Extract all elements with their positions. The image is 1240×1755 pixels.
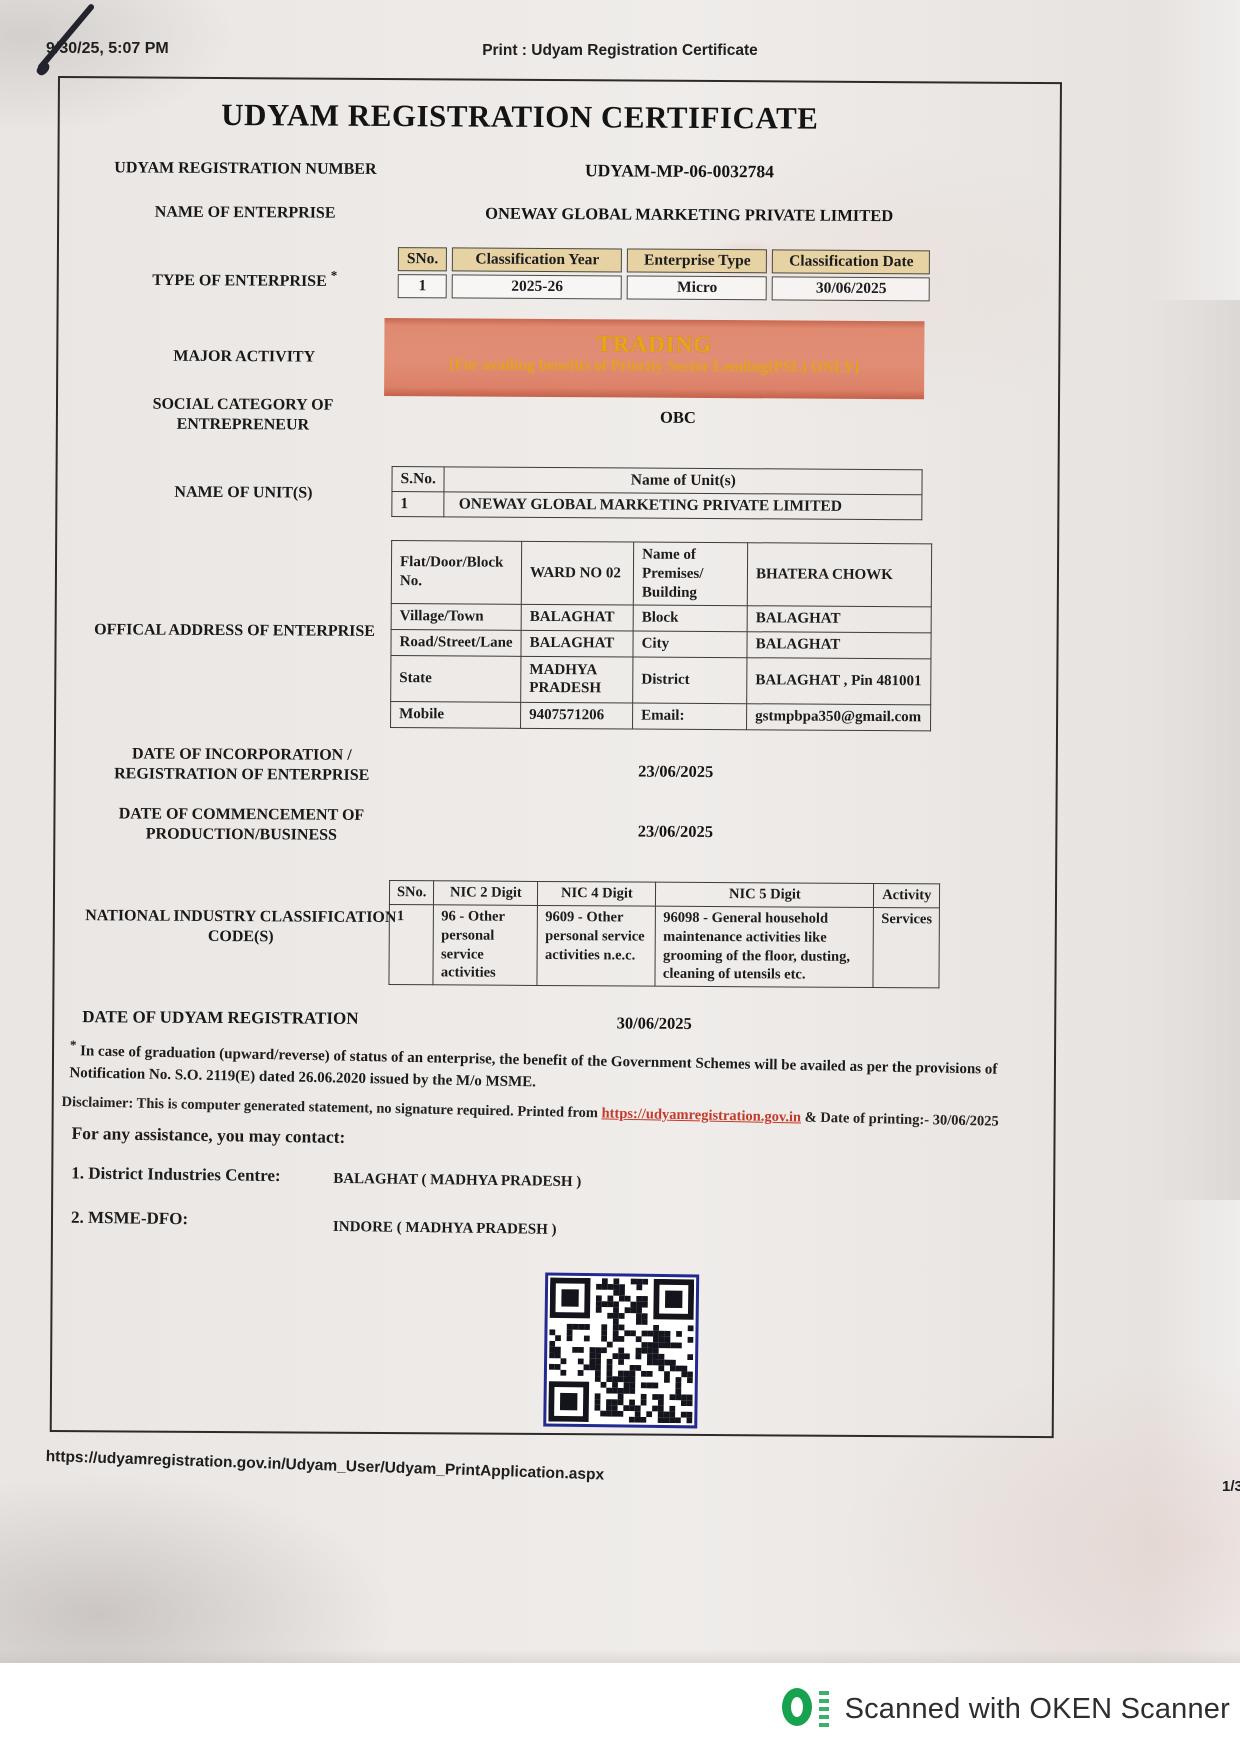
district-industries-centre-label: 1. District Industries Centre: [71,1163,281,1186]
header-cell: S.No. [392,467,444,492]
cell-value: BALAGHAT [747,632,931,659]
social-category-label: SOCIAL CATEGORY OF ENTREPRENEUR [98,394,388,436]
cell-sno: 1 [398,274,448,298]
table-row: Flat/Door/Block No. WARD NO 02 Name of P… [391,541,931,608]
type-of-enterprise-table: SNo. Classification Year Enterprise Type… [393,244,936,304]
registration-number-label: UDYAM REGISTRATION NUMBER [77,158,413,180]
cell-label: Name of Premises/ Building [633,542,747,606]
cell-value: BALAGHAT [521,605,633,631]
official-address-label: OFFICAL ADDRESS OF ENTERPRISE [65,620,405,642]
cell-nic5: 96098 - General household maintenance ac… [655,906,873,988]
header-cell: Activity [874,883,940,907]
msme-dfo-label: 2. MSME-DFO: [71,1208,188,1230]
cell-label: State [391,655,521,702]
table-header-row: S.No. Name of Unit(s) [392,467,922,495]
cell-value: BHATERA CHOWK [747,543,931,607]
cell-value: BALAGHAT [521,630,633,656]
header-cell: NIC 2 Digit [434,881,538,905]
table-row: Mobile 9407571206 Email: gstmpbpa350@gma… [391,701,931,730]
cell-value: BALAGHAT , Pin 481001 [747,657,931,704]
commencement-date-value: 23/06/2025 [405,820,945,843]
udyam-registration-date-label: DATE OF UDYAM REGISTRATION [82,1006,382,1029]
table-header-row: SNo. NIC 2 Digit NIC 4 Digit NIC 5 Digit… [389,881,939,908]
table-row: State MADHYA PRADESH District BALAGHAT ,… [391,655,931,704]
header-cell: Classification Date [772,249,930,274]
major-activity-note: [For availing benefits of Priority Secto… [384,356,924,377]
scanner-footer-bar: Scanned with OKEN Scanner [0,1663,1240,1755]
cell-nic2: 96 - Other personal service activities [433,905,537,986]
cell-label: Village/Town [391,604,521,631]
district-industries-centre-value: BALAGHAT ( MADHYA PRADESH ) [333,1171,581,1191]
type-of-enterprise-label: TYPE OF ENTERPRISE * [77,266,413,292]
cell-enterprise-type: Micro [627,275,767,300]
table-row: Village/Town BALAGHAT Block BALAGHAT [391,604,931,633]
cell-value: MADHYA PRADESH [521,656,633,703]
msme-dfo-value: INDORE ( MADHYA PRADESH ) [333,1219,557,1239]
table-row: Road/Street/Lane BALAGHAT City BALAGHAT [391,630,931,659]
certificate-title: UDYAM REGISTRATION CERTIFICATE [60,96,980,138]
scan-edge-shading [1150,300,1240,1200]
cell-sno: 1 [389,904,434,985]
cell-activity: Services [873,907,939,988]
cell-value: 9407571206 [521,702,633,728]
header-cell: NIC 5 Digit [656,882,874,907]
oken-dots-shape [819,1691,829,1727]
incorporation-date-value: 23/06/2025 [406,760,946,783]
asterisk-marker: * [70,1037,77,1052]
address-table: Flat/Door/Block No. WARD NO 02 Name of P… [390,540,932,731]
cell-value: BALAGHAT [747,606,931,633]
social-category-value: OBC [408,406,948,429]
graduation-footnote: * In case of graduation (upward/reverse)… [69,1036,1010,1103]
enterprise-name-label: NAME OF ENTERPRISE [77,202,413,224]
oken-scanner-badge: Scanned with OKEN Scanner [779,1683,1230,1735]
nic-codes-label: NATIONAL INDUSTRY CLASSIFICATION CODE(S) [73,906,409,948]
table-row: 1 2025-26 Micro 30/06/2025 [398,274,931,301]
qr-code [543,1272,699,1428]
oken-scanner-label: Scanned with OKEN Scanner [845,1693,1230,1726]
table-row: 1 96 - Other personal service activities… [389,904,940,988]
cell-label: Road/Street/Lane [391,630,521,657]
header-cell: Classification Year [452,247,622,272]
name-of-units-label: NAME OF UNIT(S) [75,482,411,504]
disclaimer-text: Disclaimer: This is computer generated s… [61,1094,601,1121]
registration-number-value: UDYAM-MP-06-0032784 [409,159,949,183]
units-table: S.No. Name of Unit(s) 1 ONEWAY GLOBAL MA… [391,466,923,520]
cell-label: Mobile [391,701,521,728]
commencement-date-label: DATE OF COMMENCEMENT OF PRODUCTION/BUSIN… [73,804,409,846]
print-title: Print : Udyam Registration Certificate [0,42,1240,60]
major-activity-value: TRADING [384,330,924,359]
oken-ring-shape [782,1688,812,1726]
asterisk-marker: * [331,268,338,283]
print-header: 9/30/25, 5:07 PM Print : Udyam Registrat… [0,40,1240,66]
cell-unit-name: ONEWAY GLOBAL MARKETING PRIVATE LIMITED [444,492,922,520]
cell-label: City [633,631,747,657]
header-cell: NIC 4 Digit [538,881,656,906]
type-of-enterprise-label-text: TYPE OF ENTERPRISE [152,272,327,290]
major-activity-banner: TRADING [For availing benefits of Priori… [384,318,924,399]
major-activity-label: MAJOR ACTIVITY [76,346,412,368]
header-cell: SNo. [398,247,448,271]
print-footer-url: https://udyamregistration.gov.in/Udyam_U… [45,1448,604,1485]
cell-classification-date: 30/06/2025 [772,276,930,301]
udyam-registration-date-value: 30/06/2025 [404,1012,904,1035]
enterprise-name-value: ONEWAY GLOBAL MARKETING PRIVATE LIMITED [409,203,969,226]
page-number: 1/3 [1222,1478,1240,1495]
header-cell: Enterprise Type [627,248,767,273]
scanned-page: 9/30/25, 5:07 PM Print : Udyam Registrat… [0,0,1240,1755]
assistance-heading: For any assistance, you may contact: [71,1123,345,1148]
table-header-row: SNo. Classification Year Enterprise Type… [398,247,931,274]
footnote-text: In case of graduation (upward/reverse) o… [69,1043,997,1090]
cell-nic4: 9609 - Other personal service activities… [537,905,655,986]
cell-label: Flat/Door/Block No. [391,541,521,605]
incorporation-date-label: DATE OF INCORPORATION / REGISTRATION OF … [74,744,410,786]
cell-value: WARD NO 02 [521,541,633,605]
oken-scanner-icon [779,1683,831,1735]
nic-table: SNo. NIC 2 Digit NIC 4 Digit NIC 5 Digit… [388,880,940,989]
cell-label: Email: [633,703,747,729]
certificate-document: UDYAM REGISTRATION CERTIFICATE UDYAM REG… [50,76,1062,1438]
udyam-portal-link: https://udyamregistration.gov.in [601,1105,801,1125]
table-row: 1 ONEWAY GLOBAL MARKETING PRIVATE LIMITE… [392,492,922,520]
cell-sno: 1 [392,492,444,517]
cell-label: Block [633,605,747,631]
header-cell: Name of Unit(s) [444,467,922,495]
disclaimer-suffix: & Date of printing:- 30/06/2025 [801,1110,999,1130]
cell-classification-year: 2025-26 [452,274,622,299]
header-cell: SNo. [389,881,434,905]
cell-value: gstmpbpa350@gmail.com [747,703,931,730]
cell-label: District [633,657,747,704]
